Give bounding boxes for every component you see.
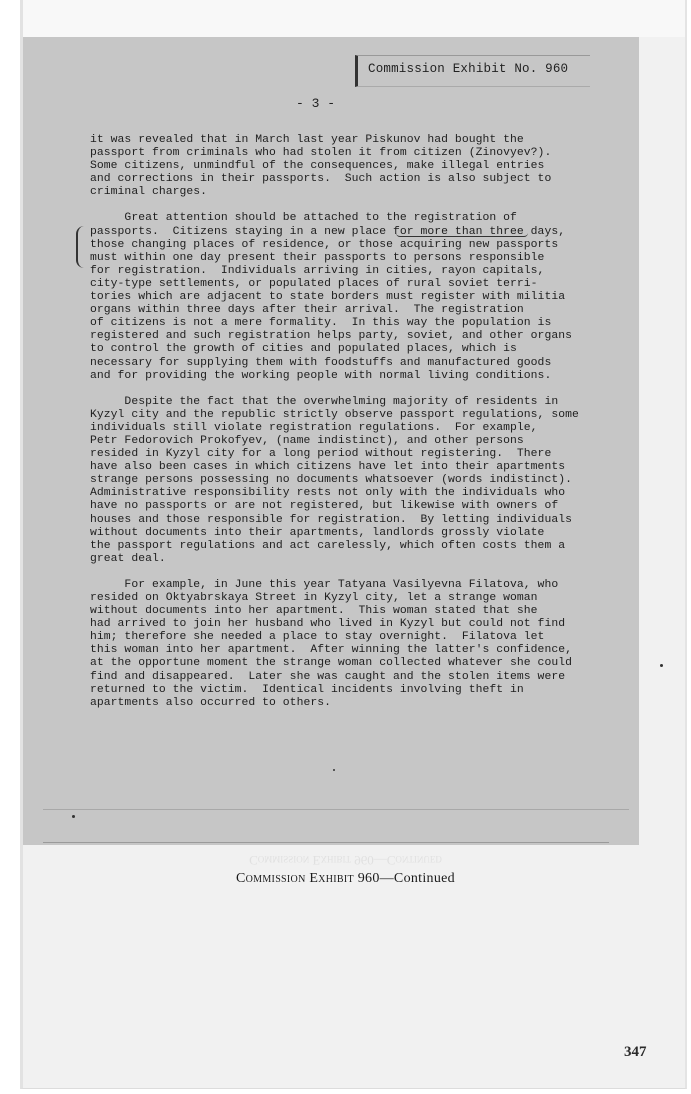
paragraph: For example, in June this year Tatyana V… bbox=[90, 579, 560, 710]
text-line: Some citizens, unmindful of the conseque… bbox=[90, 160, 560, 173]
scan-speck bbox=[333, 769, 335, 771]
text-line: at the opportune moment the strange woma… bbox=[90, 657, 560, 670]
scan-artifact-line bbox=[43, 809, 629, 810]
text-line: individuals still violate registration r… bbox=[90, 422, 560, 435]
text-line: returned to the victim. Identical incide… bbox=[90, 684, 560, 697]
text-line: must within one day present their passpo… bbox=[90, 252, 560, 265]
text-line: resided in Kyzyl city for a long period … bbox=[90, 448, 560, 461]
exhibit-caption: Commission Exhibit 960—Continued bbox=[0, 871, 691, 887]
margin-bracket-mark bbox=[76, 226, 86, 268]
caption-main: Commission Exhibit 960 bbox=[236, 871, 380, 886]
text-line: resided on Oktyabrskaya Street in Kyzyl … bbox=[90, 592, 560, 605]
text-line: for registration. Individuals arriving i… bbox=[90, 265, 560, 278]
text-line: passports. Citizens staying in a new pla… bbox=[90, 226, 560, 239]
text-line: the passport regulations and act careles… bbox=[90, 540, 560, 553]
text-line: organs within three days after their arr… bbox=[90, 304, 560, 317]
text-line: had arrived to join her husband who live… bbox=[90, 618, 560, 631]
page-number: - 3 - bbox=[296, 96, 335, 111]
paragraph: Great attention should be attached to th… bbox=[90, 212, 560, 382]
text-line: houses and those responsible for registr… bbox=[90, 514, 560, 527]
text-line: have no passports or are not registered,… bbox=[90, 500, 560, 513]
text-line: Kyzyl city and the republic strictly obs… bbox=[90, 409, 560, 422]
document-body: it was revealed that in March last year … bbox=[90, 134, 560, 723]
text-line: him; therefore she needed a place to sta… bbox=[90, 631, 560, 644]
scan-artifact-line bbox=[43, 842, 609, 843]
text-line: For example, in June this year Tatyana V… bbox=[90, 579, 560, 592]
text-line: strange persons possessing no documents … bbox=[90, 474, 560, 487]
text-line: those changing places of residence, or t… bbox=[90, 239, 560, 252]
scan-speck bbox=[72, 815, 75, 818]
text-line: necessary for supplying them with foodst… bbox=[90, 357, 560, 370]
text-line: Petr Fedorovich Prokofyev, (name indisti… bbox=[90, 435, 560, 448]
text-line: great deal. bbox=[90, 553, 560, 566]
text-line: Great attention should be attached to th… bbox=[90, 212, 560, 225]
text-line: apartments also occurred to others. bbox=[90, 697, 560, 710]
text-line: to control the growth of cities and popu… bbox=[90, 343, 560, 356]
text-line: Despite the fact that the overwhelming m… bbox=[90, 396, 560, 409]
text-line: criminal charges. bbox=[90, 186, 560, 199]
text-line: tories which are adjacent to state borde… bbox=[90, 291, 560, 304]
text-line: find and disappeared. Later she was caug… bbox=[90, 671, 560, 684]
text-line: this woman into her apartment. After win… bbox=[90, 644, 560, 657]
page-top-margin bbox=[23, 0, 685, 37]
text-line: have also been cases in which citizens h… bbox=[90, 461, 560, 474]
paragraph: Despite the fact that the overwhelming m… bbox=[90, 396, 560, 566]
text-line: of citizens is not a mere formality. In … bbox=[90, 317, 560, 330]
text-line: without documents into their apartments,… bbox=[90, 527, 560, 540]
exhibit-label: Commission Exhibit No. 960 bbox=[368, 62, 568, 76]
text-line: registered and such registration helps p… bbox=[90, 330, 560, 343]
text-line: without documents into her apartment. Th… bbox=[90, 605, 560, 618]
paragraph: it was revealed that in March last year … bbox=[90, 134, 560, 199]
text-line: passport from criminals who had stolen i… bbox=[90, 147, 560, 160]
text-line: city-type settlements, or populated plac… bbox=[90, 278, 560, 291]
bleed-through-caption: Commission Exhibit 960—Continued bbox=[0, 852, 691, 868]
text-line: and for providing the working people wit… bbox=[90, 370, 560, 383]
text-line: Administrative responsibility rests not … bbox=[90, 487, 560, 500]
scan-speck bbox=[660, 664, 663, 667]
text-line: it was revealed that in March last year … bbox=[90, 134, 560, 147]
caption-suffix: —Continued bbox=[380, 871, 455, 886]
text-line: and corrections in their passports. Such… bbox=[90, 173, 560, 186]
folio-number: 347 bbox=[624, 1044, 647, 1061]
